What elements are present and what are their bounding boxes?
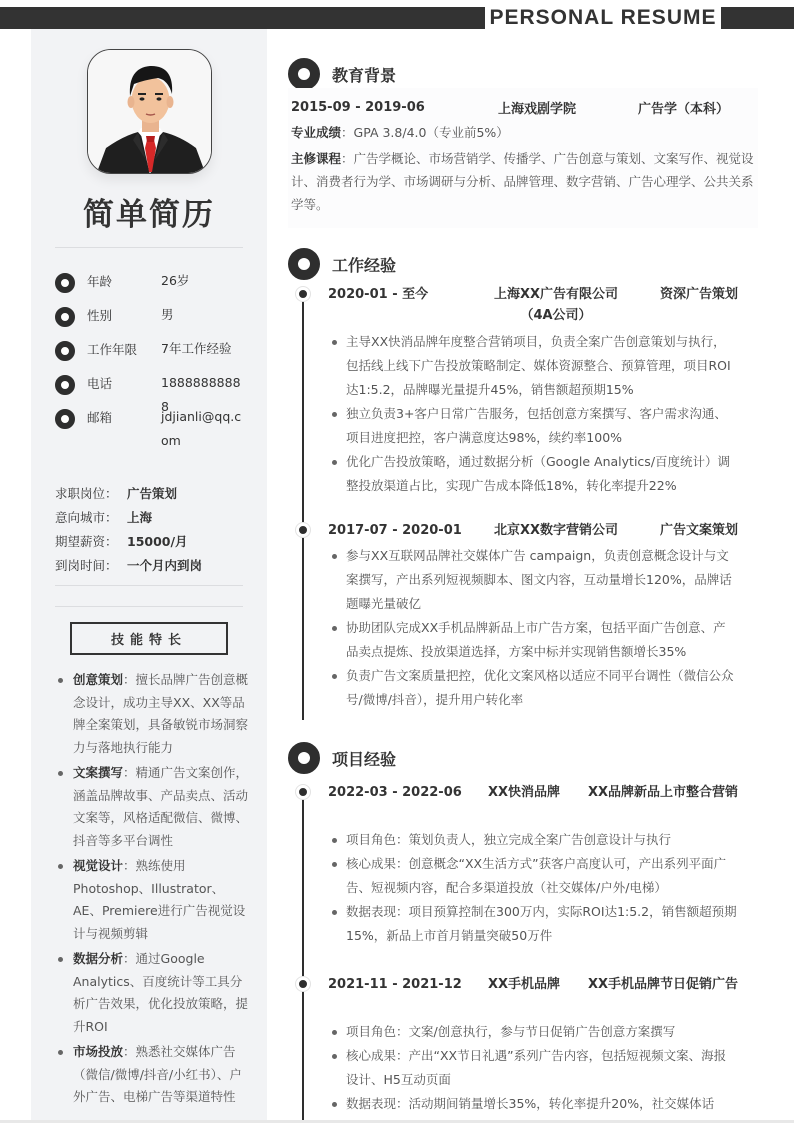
- job-value: 上海: [127, 508, 152, 526]
- education-courses: 主修课程：广告学概论、市场营销学、传播学、广告创意与策划、文案写作、视觉设计、消…: [291, 147, 754, 216]
- entry-role: 广告文案策划: [624, 520, 738, 541]
- section-education-head: 教育背景: [288, 58, 396, 90]
- job-value: 15000/月: [127, 532, 188, 550]
- job-value: 一个月内到岗: [127, 556, 202, 574]
- skill-item: 视觉设计：熟练使用Photoshop、Illustrator、AE、Premie…: [55, 855, 250, 945]
- dot-icon: [296, 523, 310, 537]
- info-label: 邮箱: [75, 405, 161, 431]
- education-gpa: 专业成绩：GPA 3.8/4.0（专业前5%）: [291, 121, 754, 144]
- entry-org: 北京XX数字营销公司: [488, 520, 624, 541]
- info-value: 男: [161, 303, 245, 327]
- courses-sep: ：: [341, 151, 354, 166]
- job-value: 广告策划: [127, 484, 177, 502]
- entry-header: 2021-11 - 2021-12 XX手机品牌 XX手机品牌节日促销广告: [328, 974, 738, 995]
- education-card: 2015-09 - 2019-06 上海戏剧学院 广告学（本科） 专业成绩：GP…: [288, 88, 758, 228]
- entry-bullets: 项目角色：策划负责人，独立完成全案广告创意设计与执行 核心成果：创意概念“XX生…: [328, 828, 738, 948]
- ring-icon: [288, 248, 320, 280]
- bullet-item: 协助团队完成XX手机品牌新品上市广告方案，包括平面广告创意、产品卖点提炼、投放渠…: [328, 616, 738, 664]
- divider: [55, 585, 243, 586]
- ring-icon: [55, 307, 75, 327]
- bullet-item: 负责广告文案质量把控，优化文案风格以适应不同平台调性（微信公众号/微博/抖音），…: [328, 664, 738, 712]
- skill-sep: ：: [123, 672, 136, 687]
- entry-role: XX手机品牌节日促销广告: [562, 974, 738, 995]
- education-date: 2015-09 - 2019-06: [291, 100, 498, 115]
- info-row-phone: 电话 18888888888: [55, 371, 255, 405]
- skills-title-box: 技能特长: [70, 622, 228, 655]
- section-title: 工作经验: [332, 253, 396, 276]
- divider: [55, 247, 243, 248]
- skill-name: 创意策划: [73, 672, 123, 687]
- ring-icon: [55, 273, 75, 293]
- ring-icon: [288, 58, 320, 90]
- avatar: [87, 49, 212, 174]
- entry-role: XX品牌新品上市整合营销: [562, 782, 738, 803]
- skill-name: 数据分析: [73, 951, 123, 966]
- info-label: 性别: [75, 303, 161, 329]
- bullet-item: 优化广告投放策略，通过数据分析（Google Analytics/百度统计）调整…: [328, 450, 738, 498]
- education-header: 2015-09 - 2019-06 上海戏剧学院 广告学（本科）: [291, 96, 754, 118]
- info-label: 工作年限: [75, 337, 161, 363]
- skill-name: 视觉设计: [73, 858, 123, 873]
- personal-info-list: 年龄 26岁 性别 男 工作年限 7年工作经验 电话 18888888888 邮…: [55, 269, 255, 457]
- bullet-item: 参与XX互联网品牌社交媒体广告 campaign，负责创意概念设计与文案撰写，产…: [328, 544, 738, 616]
- info-label: 电话: [75, 371, 161, 397]
- job-label: 到岗时间：: [55, 556, 127, 574]
- ring-icon: [288, 742, 320, 774]
- work-timeline-line: [302, 294, 304, 720]
- skill-item: 数据分析：通过Google Analytics、百度统计等工具分析广告效果，优化…: [55, 948, 250, 1038]
- ring-icon: [55, 341, 75, 361]
- section-title: 项目经验: [332, 747, 396, 770]
- info-value: 7年工作经验: [161, 337, 245, 361]
- entry-date: 2021-11 - 2021-12: [328, 974, 488, 995]
- entry-header: 2020-01 - 至今 上海XX广告有限公司（4A公司） 资深广告策划: [328, 284, 738, 326]
- bullet-item: 数据表现：活动期间销量增长35%，转化率提升20%，社交媒体话: [328, 1092, 738, 1116]
- bullet-item: 项目角色：文案/创意执行，参与节日促销广告创意方案撰写: [328, 1020, 738, 1044]
- gpa-label: 专业成绩: [291, 125, 341, 140]
- entry-org: XX手机品牌: [486, 974, 562, 995]
- info-value: 26岁: [161, 269, 245, 293]
- candidate-name: 简单简历: [31, 189, 267, 234]
- skill-name: 市场投放: [73, 1044, 123, 1059]
- entry-bullets: 参与XX互联网品牌社交媒体广告 campaign，负责创意概念设计与文案撰写，产…: [328, 544, 738, 712]
- skill-item: 文案撰写：精通广告文案创作，涵盖品牌故事、产品卖点、活动文案等，风格适配微信、微…: [55, 762, 250, 852]
- entry-role: 资深广告策划: [624, 284, 738, 326]
- dot-icon: [296, 977, 310, 991]
- bullet-item: 独立负责3+客户日常广告服务，包括创意方案撰写、客户需求沟通、项目进度把控，客户…: [328, 402, 738, 450]
- info-row-age: 年龄 26岁: [55, 269, 255, 303]
- job-row-position: 求职岗位： 广告策划: [55, 481, 255, 505]
- email-link[interactable]: jdjianli@qq.com: [161, 405, 245, 453]
- avatar-portrait-icon: [88, 50, 212, 174]
- skills-title: 技能特长: [111, 629, 187, 648]
- entry-date: 2020-01 - 至今: [328, 284, 488, 326]
- skill-sep: ：: [123, 1044, 136, 1059]
- section-title: 教育背景: [332, 63, 396, 86]
- info-row-gender: 性别 男: [55, 303, 255, 337]
- job-intention-list: 求职岗位： 广告策划 意向城市： 上海 期望薪资： 15000/月 到岗时间： …: [55, 481, 255, 577]
- skills-list: 创意策划：擅长品牌广告创意概念设计，成功主导XX、XX等品牌全案策划，具备敏锐市…: [55, 669, 250, 1112]
- job-label: 意向城市：: [55, 508, 127, 526]
- skill-sep: ：: [123, 858, 136, 873]
- projects-timeline-line: [302, 790, 304, 1123]
- education-major: 广告学（本科）: [638, 98, 729, 117]
- entry-header: 2022-03 - 2022-06 XX快消品牌 XX品牌新品上市整合营销: [328, 782, 738, 803]
- dot-icon: [296, 785, 310, 799]
- header-title-box: PERSONAL RESUME: [485, 5, 721, 31]
- section-projects-head: 项目经验: [288, 742, 396, 774]
- bullet-item: 核心成果：创意概念“XX生活方式”获客户高度认可，产出系列平面广告、短视频内容，…: [328, 852, 738, 900]
- sidebar: 简单简历 年龄 26岁 性别 男 工作年限 7年工作经验 电话 18888888…: [31, 29, 267, 1123]
- bullet-item: 核心成果：产出“XX节日礼遇”系列广告内容，包括短视频文案、海报设计、H5互动页…: [328, 1044, 738, 1092]
- skill-item: 创意策划：擅长品牌广告创意概念设计，成功主导XX、XX等品牌全案策划，具备敏锐市…: [55, 669, 250, 759]
- job-row-salary: 期望薪资： 15000/月: [55, 529, 255, 553]
- skill-item: 市场投放：熟悉社交媒体广告（微信/微博/抖音/小红书）、户外广告、电梯广告等渠道…: [55, 1041, 250, 1109]
- info-label: 年龄: [75, 269, 161, 295]
- dot-icon: [296, 287, 310, 301]
- entry-header: 2017-07 - 2020-01 北京XX数字营销公司 广告文案策划: [328, 520, 738, 541]
- entry-bullets: 主导XX快消品牌年度整合营销项目，负责全案广告创意策划与执行，包括线上线下广告投…: [328, 330, 738, 498]
- gpa-value: GPA 3.8/4.0（专业前5%）: [354, 125, 509, 140]
- job-label: 求职岗位：: [55, 484, 127, 502]
- info-row-email: 邮箱 jdjianli@qq.com: [55, 405, 255, 457]
- section-work-head: 工作经验: [288, 248, 396, 280]
- gpa-sep: ：: [341, 125, 354, 140]
- entry-bullets: 项目角色：文案/创意执行，参与节日促销广告创意方案撰写 核心成果：产出“XX节日…: [328, 1020, 738, 1116]
- skill-sep: ：: [123, 765, 136, 780]
- entry-org: 上海XX广告有限公司（4A公司）: [488, 284, 624, 326]
- entry-date: 2017-07 - 2020-01: [328, 520, 488, 541]
- ring-icon: [55, 375, 75, 395]
- skill-name: 文案撰写: [73, 765, 123, 780]
- bullet-item: 数据表现：项目预算控制在300万内，实际ROI达1:5.2，销售额超预期15%，…: [328, 900, 738, 948]
- info-row-experience: 工作年限 7年工作经验: [55, 337, 255, 371]
- divider: [55, 606, 243, 607]
- entry-org: XX快消品牌: [486, 782, 562, 803]
- education-school: 上海戏剧学院: [498, 98, 638, 117]
- ring-icon: [55, 409, 75, 429]
- resume-title: PERSONAL RESUME: [490, 6, 717, 30]
- courses-label: 主修课程: [291, 151, 341, 166]
- job-row-availability: 到岗时间： 一个月内到岗: [55, 553, 255, 577]
- job-row-city: 意向城市： 上海: [55, 505, 255, 529]
- bullet-item: 项目角色：策划负责人，独立完成全案广告创意设计与执行: [328, 828, 738, 852]
- skill-sep: ：: [123, 951, 136, 966]
- bullet-item: 主导XX快消品牌年度整合营销项目，负责全案广告创意策划与执行，包括线上线下广告投…: [328, 330, 738, 402]
- entry-date: 2022-03 - 2022-06: [328, 782, 488, 803]
- courses-value: 广告学概论、市场营销学、传播学、广告创意与策划、文案写作、视觉设计、消费者行为学…: [291, 151, 754, 212]
- job-label: 期望薪资：: [55, 532, 127, 550]
